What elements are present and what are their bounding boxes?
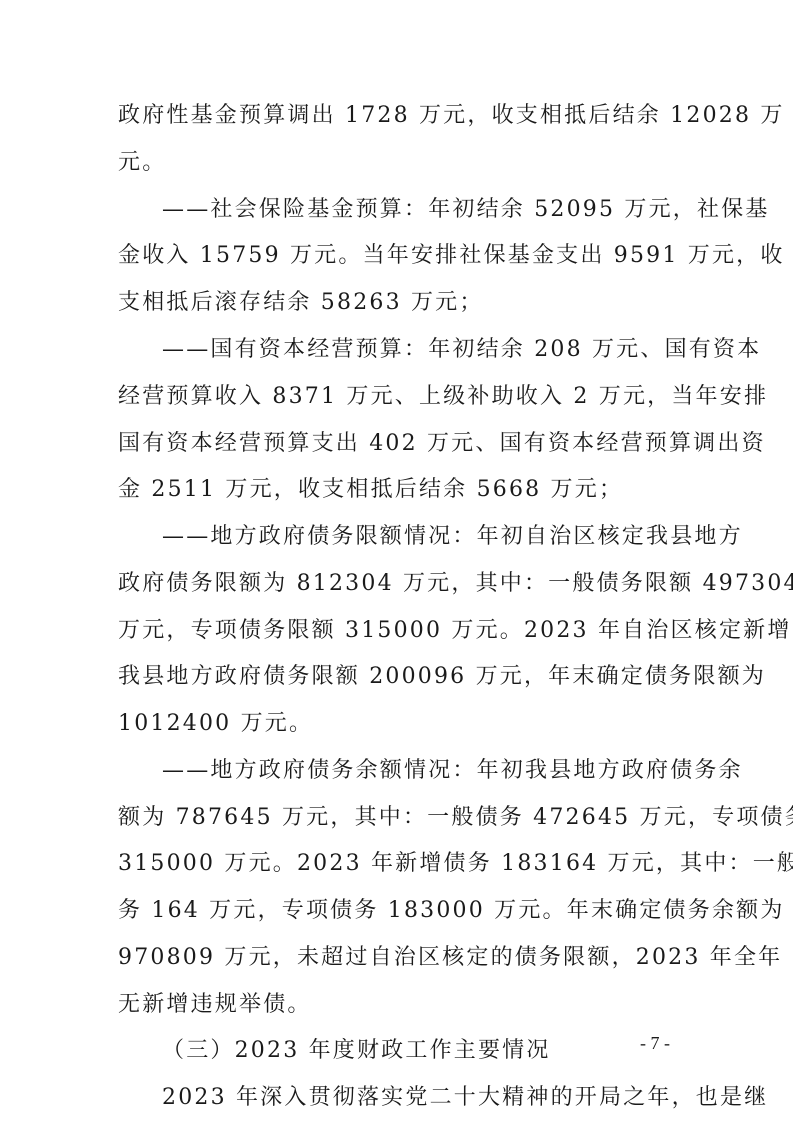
paragraph-state-capital-budget: ——国有资本经营预算：年初结余 208 万元、国有资本: [162, 335, 678, 365]
body-text-line: 政府债务限额为 812304 万元，其中：一般债务限额 497304: [118, 569, 678, 599]
body-text-line: 金收入 15759 万元。当年安排社保基金支出 9591 万元，收: [118, 241, 678, 271]
body-text-line: 我县地方政府债务限额 200096 万元，年末确定债务限额为: [118, 662, 678, 692]
body-text-line: 元。: [118, 148, 678, 178]
page-number: - 7 -: [640, 1031, 670, 1055]
body-text-line: 国有资本经营预算支出 402 万元、国有资本经营预算调出资: [118, 429, 678, 459]
body-text-line: 务 164 万元，专项债务 183000 万元。年末确定债务余额为: [118, 896, 678, 926]
body-text-line: 支相抵后滚存结余 58263 万元；: [118, 288, 678, 318]
body-text-line: 315000 万元。2023 年新增债务 183164 万元，其中：一般债: [118, 849, 678, 879]
body-text-line: 金 2511 万元，收支相抵后结余 5668 万元；: [118, 475, 678, 505]
body-text-line: 经营预算收入 8371 万元、上级补助收入 2 万元，当年安排: [118, 382, 678, 412]
section-heading: （三）2023 年度财政工作主要情况: [162, 1036, 678, 1066]
paragraph-debt-balance: ——地方政府债务余额情况：年初我县地方政府债务余: [162, 756, 678, 786]
document-page: 政府性基金预算调出 1728 万元，收支相抵后结余 12028 万 元。 ——社…: [0, 0, 793, 1122]
body-text-line: 额为 787645 万元，其中：一般债务 472645 万元，专项债务: [118, 803, 678, 833]
paragraph-social-insurance-fund: ——社会保险基金预算：年初结余 52095 万元，社保基: [162, 195, 678, 225]
paragraph-debt-limit: ——地方政府债务限额情况：年初自治区核定我县地方: [162, 522, 678, 552]
body-text-line: 无新增违规举债。: [118, 990, 678, 1020]
paragraph-first-line: 2023 年深入贯彻落实党二十大精神的开局之年，也是继: [162, 1083, 678, 1113]
body-text-line: 政府性基金预算调出 1728 万元，收支相抵后结余 12028 万: [118, 101, 678, 131]
body-text-line: 970809 万元，未超过自治区核定的债务限额，2023 年全年: [118, 943, 678, 973]
body-text-line: 1012400 万元。: [118, 709, 678, 739]
body-text-line: 万元，专项债务限额 315000 万元。2023 年自治区核定新增: [118, 616, 678, 646]
